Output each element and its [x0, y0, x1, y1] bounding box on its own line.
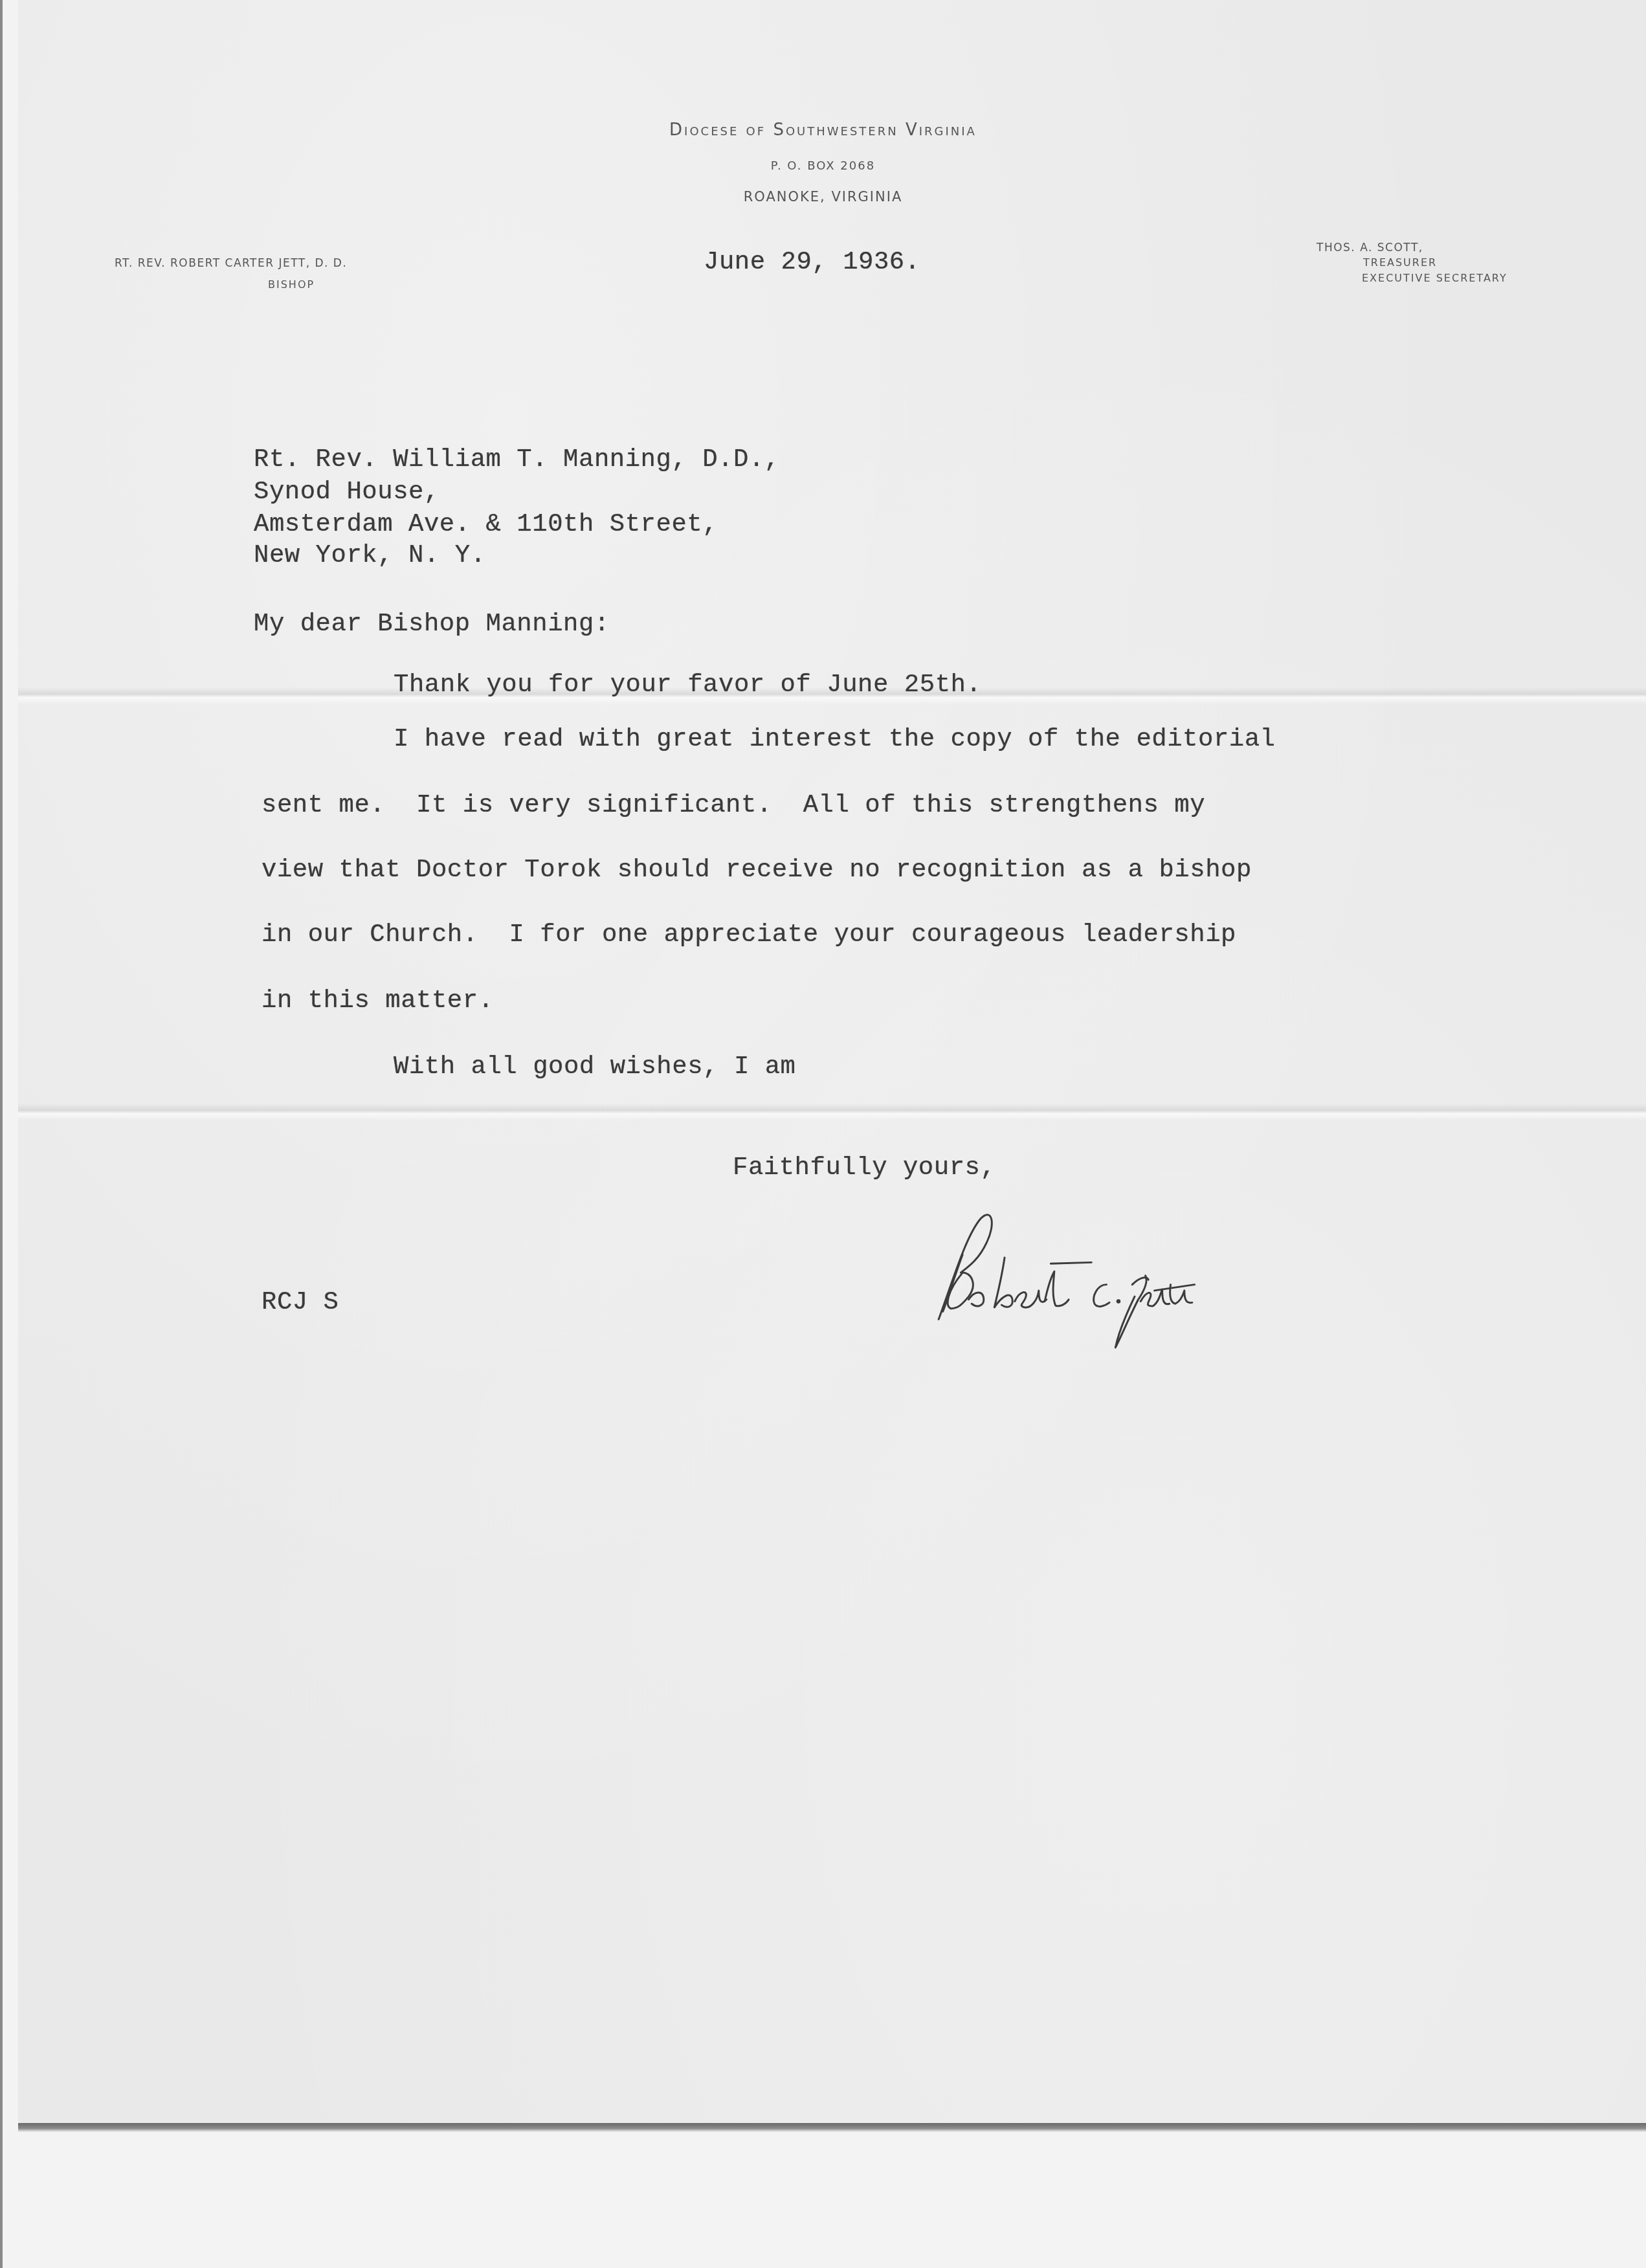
handwritten-signature: Robert C. Jett: [906, 1201, 1217, 1362]
body-paragraph-line: I have read with great interest the copy…: [394, 725, 1276, 753]
letterhead-city: Roanoke, Virginia: [0, 189, 1646, 205]
letterhead-bishop-title: Bishop: [268, 278, 315, 291]
body-paragraph-line: view that Doctor Torok should receive no…: [261, 856, 1252, 884]
letterhead-bishop-name: Rt. Rev. Robert Carter Jett, D. D.: [115, 257, 347, 270]
recipient-address-line: Synod House,: [254, 478, 439, 506]
body-paragraph-line: in this matter.: [261, 986, 494, 1015]
salutation: My dear Bishop Manning:: [254, 610, 610, 638]
recipient-address-line: Amsterdam Ave. & 110th Street,: [254, 510, 718, 539]
letterhead-treasurer-name: Thos. A. Scott,: [1317, 241, 1423, 254]
paper-edge-shadow: [18, 2123, 1646, 2132]
letterhead-treasurer-title: Treasurer: [1363, 256, 1437, 269]
letter-date: June 29, 1936.: [704, 248, 920, 276]
recipient-name: Rt. Rev. William T. Manning, D.D.,: [254, 445, 780, 474]
scan-edge: [0, 0, 3, 2268]
body-paragraph-line: sent me. It is very significant. All of …: [261, 791, 1205, 819]
reference-initials: RCJ S: [261, 1288, 339, 1317]
letterhead-organization: Diocese of Southwestern Virginia: [0, 120, 1646, 140]
body-paragraph-line: Thank you for your favor of June 25th.: [394, 671, 981, 699]
fold-line: [18, 1104, 1646, 1120]
body-paragraph-line: With all good wishes, I am: [394, 1052, 796, 1081]
letter-paper: [18, 0, 1646, 2124]
closing: Faithfully yours,: [733, 1153, 995, 1182]
recipient-address-line: New York, N. Y.: [254, 541, 486, 570]
letterhead-secretary-title: Executive Secretary: [1362, 272, 1507, 284]
letterhead-po-box: P. O. Box 2068: [0, 159, 1646, 173]
body-paragraph-line: in our Church. I for one appreciate your…: [261, 920, 1236, 949]
